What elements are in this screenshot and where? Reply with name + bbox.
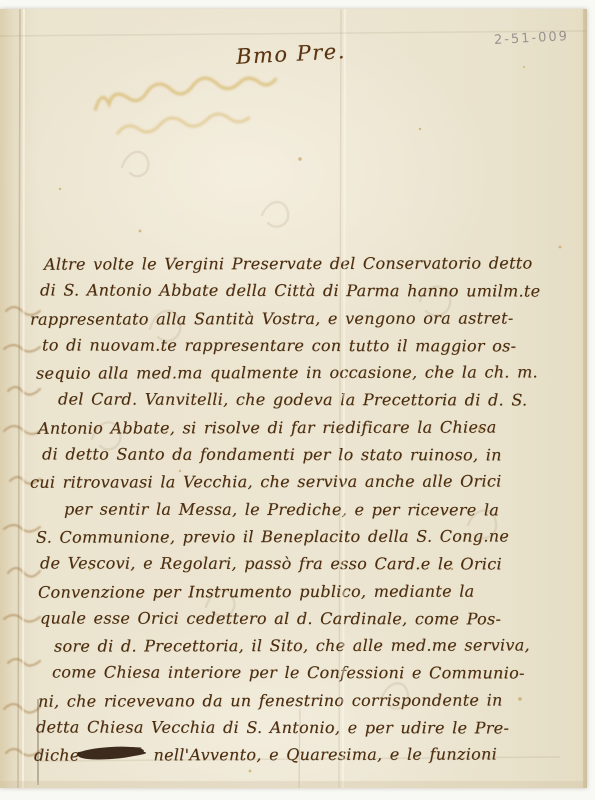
letter-body: Altre volte le Vergini Preservate del Co… xyxy=(30,250,586,769)
manuscript-line: sequio alla med.ma qualmente in occasion… xyxy=(30,358,586,387)
manuscript-line: quale esse Orici cedettero al d. Cardina… xyxy=(30,604,586,632)
manuscript-line: di detto Santo da fondamenti per lo stat… xyxy=(30,440,586,468)
letter-page: Bmo Pre. 2-51-009 Altre volte le Vergini… xyxy=(0,9,587,788)
manuscript-line: detta Chiesa Vecchia di S. Antonio, e pe… xyxy=(30,713,586,741)
manuscript-line: come Chiesa interiore per le Confessioni… xyxy=(30,659,586,687)
manuscript-line: Convenzione per Instrumento publico, med… xyxy=(30,577,586,606)
manuscript-line: Antonio Abbate, si risolve di far riedif… xyxy=(30,413,586,442)
manuscript-line: sore di d. Precettoria, il Sito, che all… xyxy=(30,631,586,660)
manuscript-line: S. Communione, previo il Beneplacito del… xyxy=(30,522,586,551)
manuscript-line: to di nuovam.te rappresentare con tutto … xyxy=(30,331,586,359)
manuscript-line: Altre volte le Vergini Preservate del Co… xyxy=(30,249,586,278)
manuscript-line: di S. Antonio Abbate della Città di Parm… xyxy=(30,277,586,305)
manuscript-line: cui ritrovavasi la Vecchia, che serviva … xyxy=(30,468,586,497)
manuscript-line: per sentir la Messa, le Prediche, e per … xyxy=(30,495,586,523)
bleedthrough-writing xyxy=(87,66,293,155)
manuscript-line: del Card. Vanvitelli, che godeva la Prec… xyxy=(30,386,586,414)
archive-number: 2-51-009 xyxy=(494,29,570,48)
manuscript-line: ni, che ricevevano da un fenestrino corr… xyxy=(30,686,586,715)
salutation: Bmo Pre. xyxy=(235,39,346,69)
manuscript-line: rappresentato alla Santità Vostra, e ven… xyxy=(30,304,586,333)
manuscript-line: de Vescovi, e Regolari, passò fra esso C… xyxy=(30,550,586,578)
scanned-document: Bmo Pre. 2-51-009 Altre volte le Vergini… xyxy=(0,0,595,800)
